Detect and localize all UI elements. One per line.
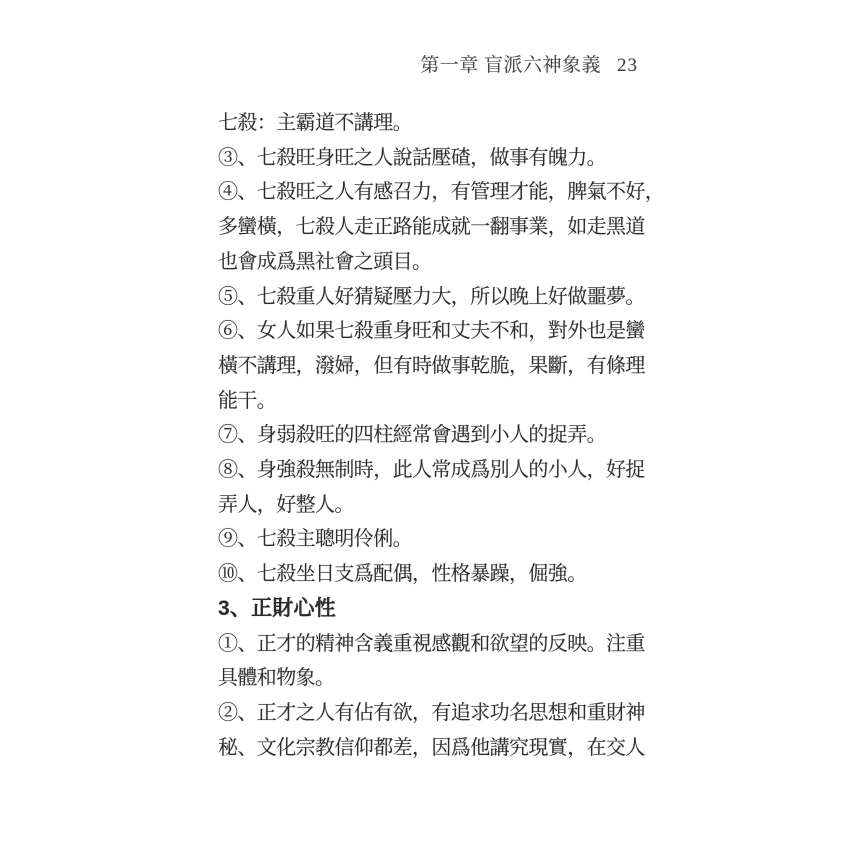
body-line: ⑧、身強殺無制時，此人常成爲別人的小人，好捉: [218, 453, 688, 488]
body-line: ⑨、七殺主聰明伶俐。: [218, 522, 688, 557]
book-page: 第一章 盲派六神象義23 七殺：主霸道不講理。 ③、七殺旺身旺之人說話壓碴，做事…: [0, 0, 850, 850]
running-header: 第一章 盲派六神象義23: [420, 50, 638, 77]
body-line: 七殺：主霸道不講理。: [218, 106, 688, 141]
body-line: ②、正才之人有佔有欲，有追求功名思想和重財神: [218, 696, 688, 731]
body-line: 具體和物象。: [218, 661, 688, 696]
section-heading: 3、正財心性: [218, 592, 688, 627]
body-line: ④、七殺旺之人有感召力，有管理才能，脾氣不好，: [218, 175, 688, 210]
body-line: ③、七殺旺身旺之人說話壓碴，做事有魄力。: [218, 141, 688, 176]
body-text-block: 七殺：主霸道不講理。 ③、七殺旺身旺之人說話壓碴，做事有魄力。 ④、七殺旺之人有…: [218, 106, 688, 765]
body-line: ⑥、女人如果七殺重身旺和丈夫不和，對外也是蠻: [218, 314, 688, 349]
body-line: 秘、文化宗教信仰都差，因爲他講究現實，在交人: [218, 731, 688, 766]
page-number: 23: [617, 55, 638, 76]
body-line: 能干。: [218, 384, 688, 419]
body-line: 也會成爲黑社會之頭目。: [218, 245, 688, 280]
body-line: ⑩、七殺坐日支爲配偶，性格暴躁，倔強。: [218, 557, 688, 592]
chapter-title: 第一章 盲派六神象義: [420, 55, 601, 76]
body-line: 多蠻橫，七殺人走正路能成就一翻事業，如走黑道: [218, 210, 688, 245]
body-line: ①、正才的精神含義重視感觀和欲望的反映。注重: [218, 627, 688, 662]
body-line: 弄人，好整人。: [218, 488, 688, 523]
body-line: ⑦、身弱殺旺的四柱經常會遇到小人的捉弄。: [218, 418, 688, 453]
body-line: ⑤、七殺重人好猜疑壓力大，所以晚上好做噩夢。: [218, 280, 688, 315]
body-line: 橫不講理，潑婦，但有時做事乾脆，果斷，有條理: [218, 349, 688, 384]
